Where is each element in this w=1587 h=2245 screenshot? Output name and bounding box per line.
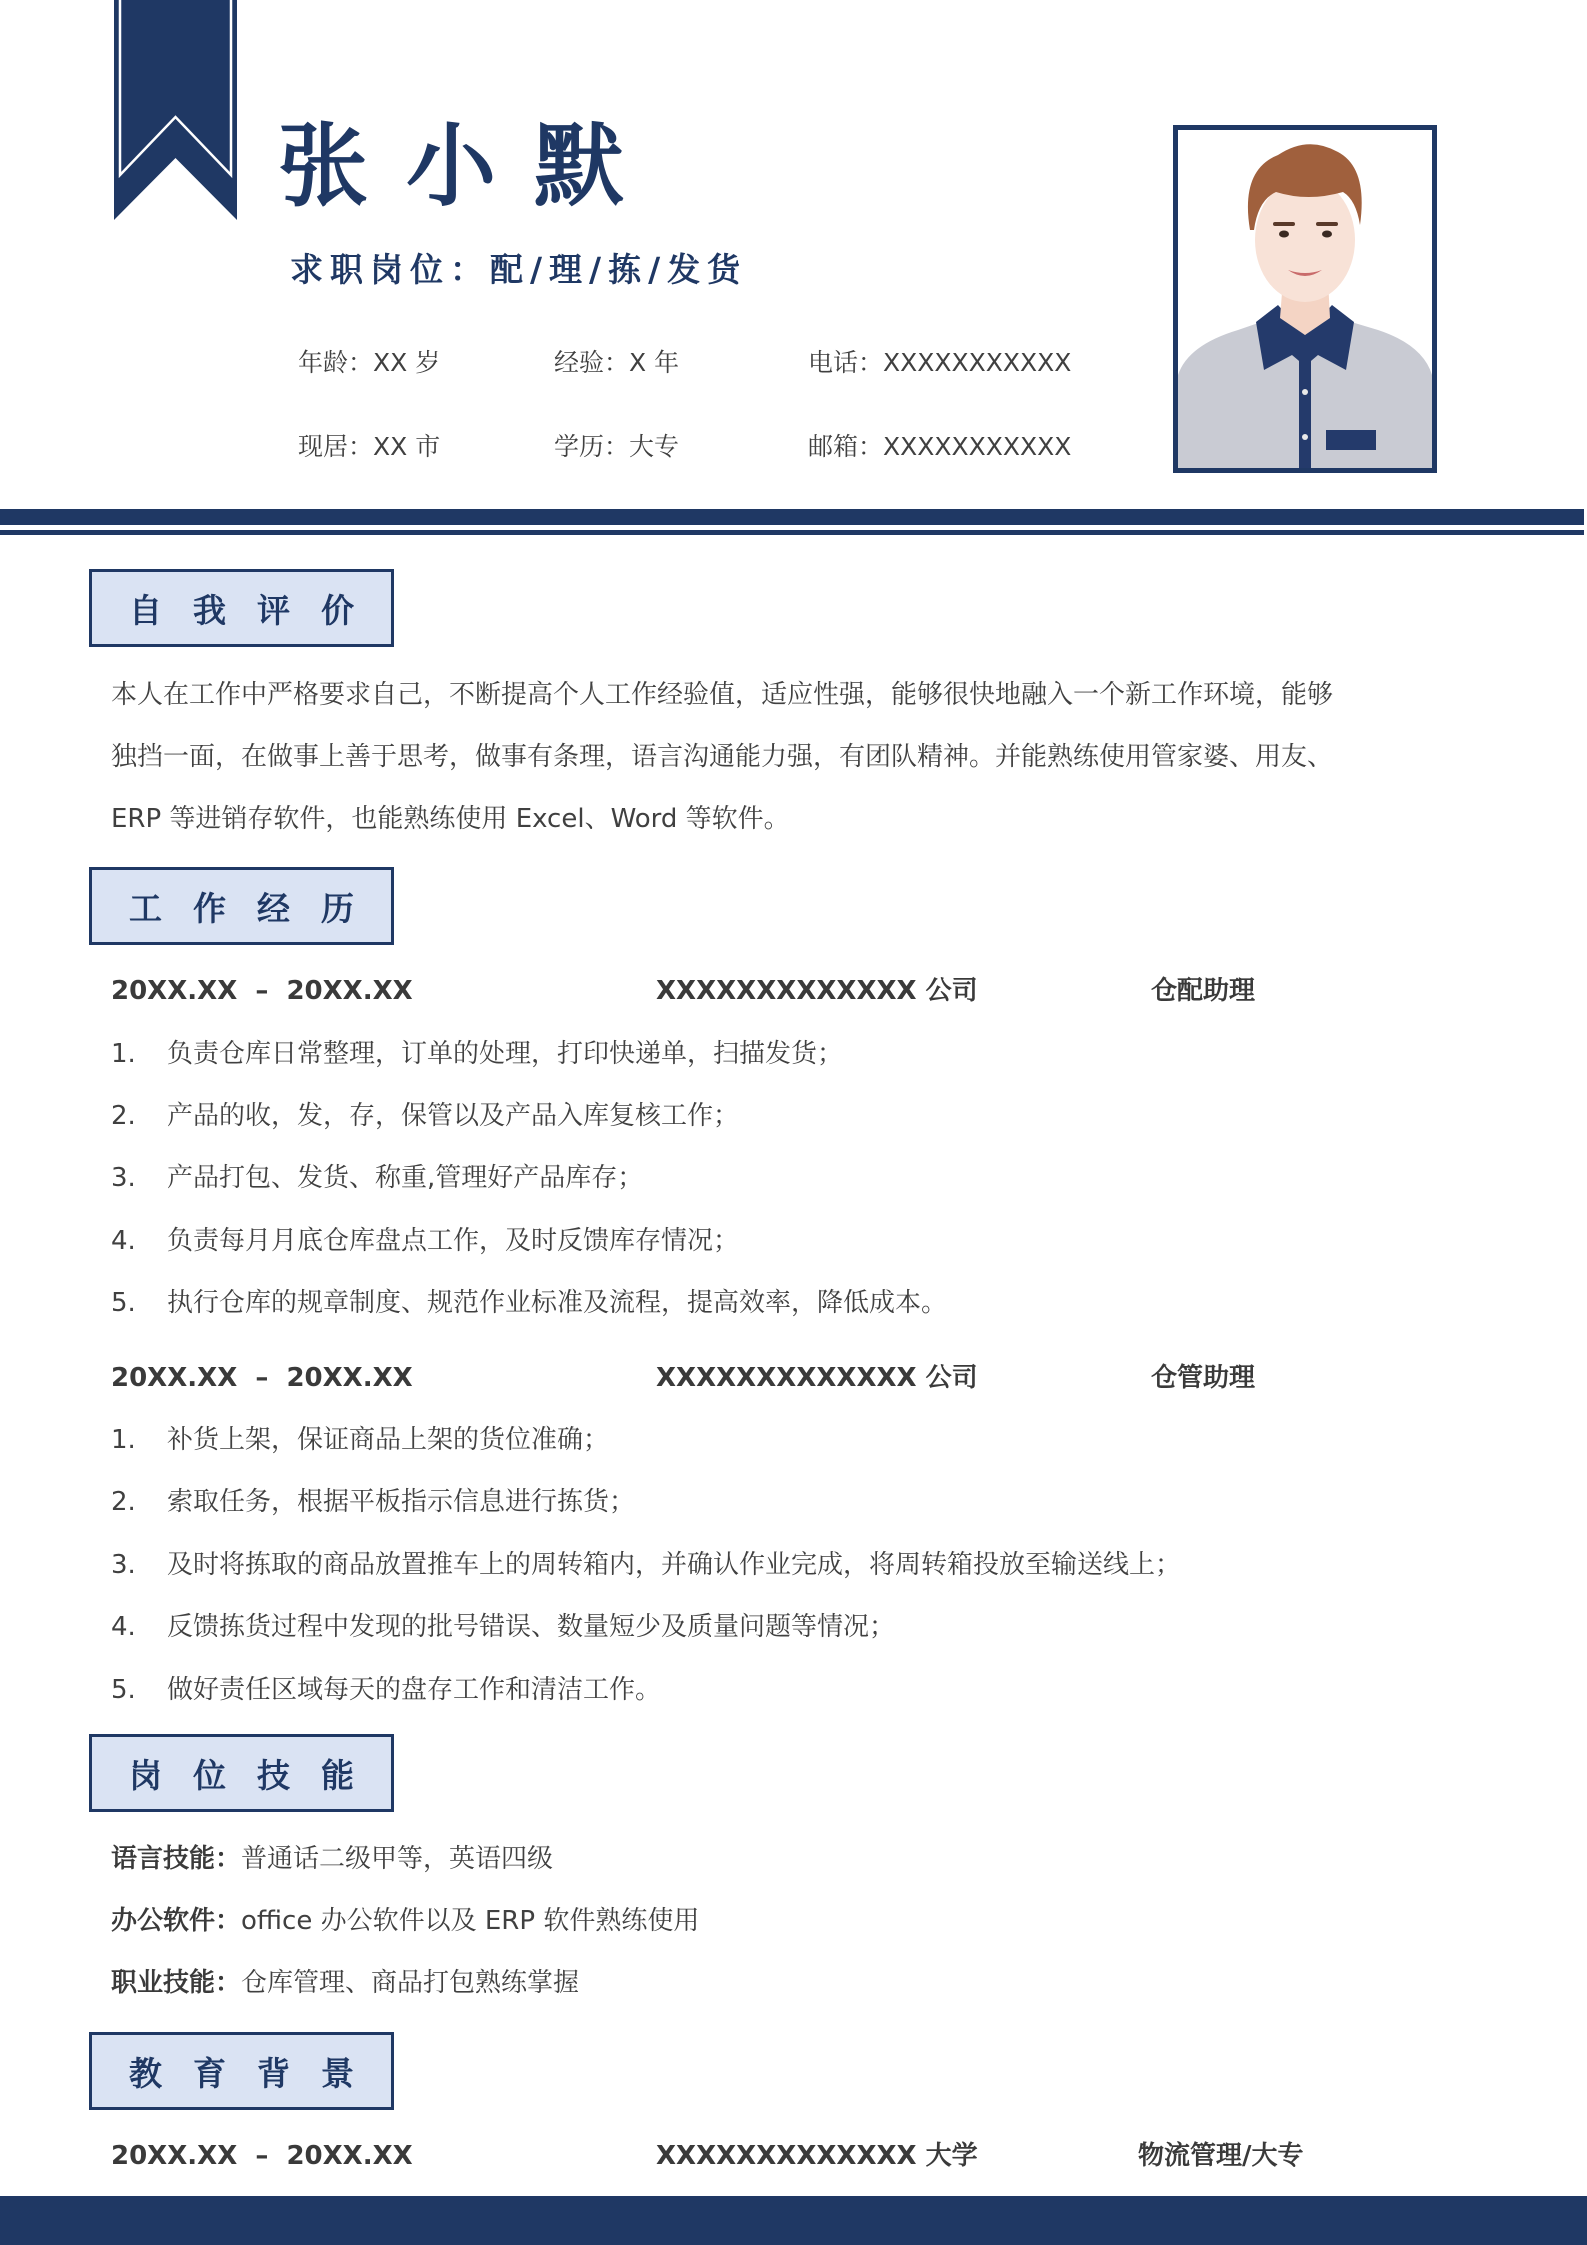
job-2-duty: 3.及时将拣取的商品放置推车上的周转箱内，并确认作业完成，将周转箱投放至输送线上…	[111, 1545, 1181, 1585]
job-position: 仓配助理	[1151, 971, 1255, 1011]
job-company: XXXXXXXXXXXXX 公司	[656, 1358, 978, 1398]
job-1-duty: 4.负责每月月底仓库盘点工作，及时反馈库存情况；	[111, 1221, 739, 1261]
header-divider-thin	[0, 530, 1584, 535]
section-header-skills: 岗位技能	[89, 1734, 394, 1812]
job-period: 20XX.XX – 20XX.XX	[111, 976, 413, 1006]
job-1-duty: 2.产品的收，发，存，保管以及产品入库复核工作；	[111, 1096, 739, 1136]
education-period: 20XX.XX – 20XX.XX	[111, 2141, 413, 2171]
info-email: 邮箱：XXXXXXXXXXX	[808, 431, 1071, 463]
section-header-self-eval: 自我评价	[89, 569, 394, 647]
self-eval-text: 本人在工作中严格要求自己，不断提高个人工作经验值，适应性强，能够很快地融入一个新…	[111, 664, 1491, 850]
job-company: XXXXXXXXXXXXX 公司	[656, 971, 978, 1011]
skill-item-language: 语言技能：普通话二级甲等，英语四级	[111, 1839, 553, 1879]
profile-photo	[1173, 125, 1437, 473]
footer-bar	[0, 2196, 1587, 2245]
info-phone: 电话：XXXXXXXXXXX	[808, 347, 1071, 379]
info-experience: 经验：X 年	[554, 347, 679, 379]
bookmark-ribbon-icon	[114, 0, 237, 220]
info-education: 学历：大专	[554, 431, 679, 463]
job-2-header: 20XX.XX – 20XX.XX XXXXXXXXXXXXX 公司 仓管助理	[111, 1358, 1511, 1398]
job-1-duty: 5.执行仓库的规章制度、规范作业标准及流程，提高效率，降低成本。	[111, 1283, 947, 1323]
job-2-duty: 4.反馈拣货过程中发现的批号错误、数量短少及质量问题等情况；	[111, 1607, 895, 1647]
skill-item-professional: 职业技能：仓库管理、商品打包熟练掌握	[111, 1963, 579, 2003]
education-major: 物流管理/大专	[1138, 2136, 1304, 2176]
header-divider-thick	[0, 509, 1584, 525]
skill-item-office: 办公软件：office 办公软件以及 ERP 软件熟练使用	[111, 1901, 699, 1941]
job-1-duty: 3.产品打包、发货、称重,管理好产品库存；	[111, 1158, 643, 1198]
job-period: 20XX.XX – 20XX.XX	[111, 1363, 413, 1393]
job-1-duty: 1.负责仓库日常整理，订单的处理，打印快递单，扫描发货；	[111, 1034, 843, 1074]
info-residence: 现居：XX 市	[298, 431, 440, 463]
section-header-education: 教育背景	[89, 2032, 394, 2110]
info-age: 年龄：XX 岁	[298, 347, 440, 379]
job-2-duty: 2.索取任务，根据平板指示信息进行拣货；	[111, 1482, 635, 1522]
job-position: 仓管助理	[1151, 1358, 1255, 1398]
job-2-duty: 1.补货上架，保证商品上架的货位准确；	[111, 1420, 609, 1460]
education-row: 20XX.XX – 20XX.XX XXXXXXXXXXXXX 大学 物流管理/…	[111, 2136, 1511, 2176]
job-1-header: 20XX.XX – 20XX.XX XXXXXXXXXXXXX 公司 仓配助理	[111, 971, 1511, 1011]
avatar-icon	[1178, 130, 1432, 468]
section-header-work: 工作经历	[89, 867, 394, 945]
job-target: 求职岗位：配/理/拣/发货	[290, 248, 747, 292]
education-school: XXXXXXXXXXXXX 大学	[656, 2136, 978, 2176]
candidate-name: 张小默	[278, 112, 662, 222]
job-2-duty: 5.做好责任区域每天的盘存工作和清洁工作。	[111, 1670, 661, 1710]
